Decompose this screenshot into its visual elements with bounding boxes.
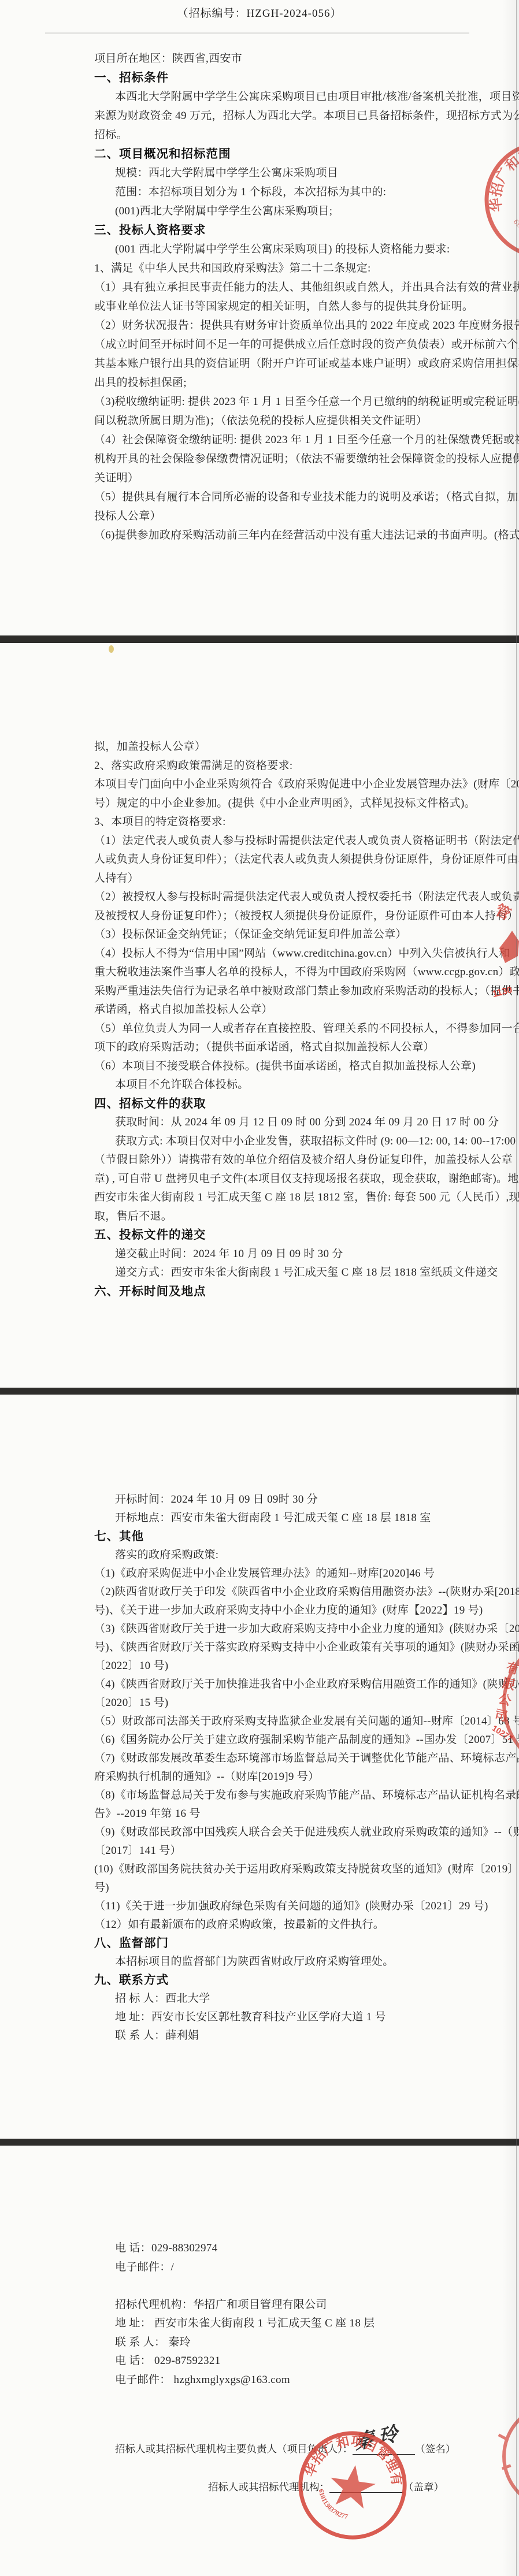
text-line: 关证明） (94, 469, 447, 488)
section-heading: 五、投标文件的递交 (94, 1226, 447, 1245)
text-line: 号) (94, 1879, 447, 1897)
sign-line2-suffix: （盖章） (403, 2481, 444, 2493)
text-line: (001)西北大学附属中学学生公寓床采购项目; (94, 202, 447, 221)
page-3-text-column: 开标时间：2024 年 10 月 09 日 09时 30 分开标地点：西安市朱雀… (94, 1395, 447, 2045)
text-line: 本招标项目的监督部门为陕西省财政厅政府采购管理处。 (94, 1953, 447, 1971)
scan-edge-shade (502, 0, 519, 2576)
text-line: （5）财政部司法部关于政府采购支持监狱企业发展有关问题的通知--财库〔2014〕… (94, 1712, 447, 1731)
text-line: （节假日除外））请携带有效的单位介绍信及被介绍人身份证复印件，加盖投标人公章（鲜 (94, 1151, 447, 1170)
text-line: （2）财务状况报告：提供具有财务审计资质单位出具的 2022 年度或 2023 … (94, 316, 447, 335)
section-heading: 九、联系方式 (94, 1971, 447, 1990)
text-line: 电 话： 029-87592321 (94, 2352, 447, 2371)
text-line: （8)《市场监督总局关于发布参与实施政府采购节能产品、环境标志产品认证机构名录的… (94, 1786, 447, 1805)
page-3: 开标时间：2024 年 10 月 09 日 09时 30 分开标地点：西安市朱雀… (0, 1395, 519, 2139)
text-line: （3）投标保证金交纳凭证；（保证金交纳凭证复印件加盖公章） (94, 925, 447, 945)
text-line: 重大税收违法案件当事人名单的投标人，不得为中国政府采购网（www.ccgp.go… (94, 963, 447, 982)
text-line: （6)《国务院办公厅关于建立政府强制采购节能产品制度的通知》--国办发〔2007… (94, 1731, 447, 1749)
text-line: 告》--2019 年第 16 号 (94, 1805, 447, 1823)
text-line: 递交方式：西安市朱雀大街南段 1 号汇成天玺 C 座 18 层 1818 室纸质… (94, 1263, 447, 1283)
text-line: （3)税收缴纳证明: 提供 2023 年 1 月 1 日至今任意一个月已缴纳的纳… (94, 392, 447, 411)
text-line: 获取时间：从 2024 年 09 月 12 日 09 时 00 分到 2024 … (94, 1113, 447, 1132)
text-line (94, 2277, 447, 2296)
text-line: 招标代理机构：华招广和项目管理有限公司 (94, 2296, 447, 2315)
text-line: （7)《财政部发展改革委生态环境部市场监督总局关于调整优化节能产品、环境标志产品… (94, 1749, 447, 1768)
text-line: (001 西北大学附属中学学生公寓床采购项目) 的投标人资格能力要求: (94, 240, 447, 259)
text-line: 获取方式: 本项目仅对中小企业发售，获取招标文件时 (9: 00—12: 00,… (94, 1132, 447, 1151)
text-line: 拟，加盖投标人公章） (94, 738, 447, 757)
text-line: 本西北大学附属中学学生公寓床采购项目已由项目审批/核准/备案机关批准，项目资金 (94, 87, 447, 106)
text-line: 人或负责人身份证复印件）；（法定代表人或负责人须提供身份证原件，身份证原件可由本 (94, 850, 447, 869)
text-line: 地 址： 西安市朱雀大街南段 1 号汇成天玺 C 座 18 层 (94, 2314, 447, 2333)
text-line: （4）投标人不得为“信用中国”网站（www.creditchina.gov.cn… (94, 945, 447, 964)
page-4: 电 话：029-88302974电子邮件：/ 招标代理机构：华招广和项目管理有限… (0, 2146, 519, 2576)
text-line: （12）如有最新颁布的政府采购政策，按最新的文件执行。 (94, 1916, 447, 1934)
text-line: 及被授权人身份证复印件）；（被授权人须提供身份证原件，身份证原件可由本人持有） (94, 907, 447, 926)
page-1: （招标编号：HZGH-2024-056） 项目所在地区：陕西省,西安市一、招标条… (0, 0, 519, 635)
text-line: （1）法定代表人或负责人参与投标时需提供法定代表人或负责人资格证明书（附法定代表 (94, 832, 447, 851)
text-line: （9)《财政部民政部中国残疾人联合会关于促进残疾人就业政府采购政策的通知》--（… (94, 1823, 447, 1842)
text-line: 范围：本招标项目划分为 1 个标段，本次招标为其中的: (94, 183, 447, 202)
page-2-text-column: 拟，加盖投标人公章）2、落实政府采购政策需满足的资格要求:本项目专门面向中小企业… (94, 643, 447, 1301)
text-line: 落实的政府采购政策: (94, 1546, 447, 1564)
section-heading: 八、监督部门 (94, 1934, 447, 1953)
seal-underline (329, 2482, 403, 2493)
sign-line1-label: 招标人或其招标代理机构主要负责人（项目负责人）： (115, 2443, 353, 2455)
scan-artifact-dot (109, 645, 114, 653)
text-line: 〔2017〕141 号） (94, 1842, 447, 1860)
text-line: 招 标 人：西北大学 (94, 1990, 447, 2008)
sign-line2-label: 招标人或其招标代理机构： (208, 2481, 329, 2493)
text-line: （2)陕西省财政厅关于印发《陕西省中小企业政府采购信用融资办法》--(陕财办采[… (94, 1583, 447, 1601)
text-line: 电子邮件：/ (94, 2258, 447, 2277)
text-line: （5）单位负责人为同一人或者存在直接控股、管理关系的不同投标人，不得参加同一合同 (94, 1020, 447, 1039)
text-line: 号)、《陕西省财政厅关于落实政府采购支持中小企业政策有关事项的通知》(陕财办采函 (94, 1638, 447, 1657)
text-line: 项下的政府采购活动；（提供书面承诺函，格式自拟加盖投标人公章） (94, 1038, 447, 1057)
page-1-text-column: 项目所在地区：陕西省,西安市一、招标条件本西北大学附属中学学生公寓床采购项目已由… (94, 0, 447, 545)
text-line: (10)《财政部国务院扶贫办关于运用政府采购政策支持脱贫攻坚的通知》(财库〔20… (94, 1860, 447, 1879)
text-line: 来源为财政资金 49 万元，招标人为西北大学。本项目已具备招标条件，现招标方式为… (94, 106, 447, 125)
text-line: 项目所在地区：陕西省,西安市 (94, 49, 447, 68)
text-line: 府采购执行机制的通知》--（财库[2019]9 号） (94, 1768, 447, 1786)
text-line: 地 址：西安市长安区郭杜教育科技产业区学府大道 1 号 (94, 2008, 447, 2027)
text-line: 机构开具的社会保险参保缴费情况证明；（依法不需要缴纳社会保障资金的投标人应提供相 (94, 449, 447, 469)
text-line: 取，售后不退。 (94, 1207, 447, 1226)
text-line: （6)提供参加政府采购活动前三年内在经营活动中没有重大违法记录的书面声明。(格式… (94, 526, 447, 545)
text-line: 人持有） (94, 869, 447, 889)
agency-seal-line: 招标人或其招标代理机构：（盖章） (208, 2480, 444, 2495)
text-line: 开标地点：西安市朱雀大街南段 1 号汇成天玺 C 座 18 层 1818 室 (94, 1509, 447, 1527)
text-line: （1）具有独立承担民事责任能力的法人、其他组织或自然人，并出具合法有效的营业执照 (94, 278, 447, 297)
text-line: 〔2022〕10 号) (94, 1657, 447, 1675)
text-line: 号)、《关于进一步加大政府采购支持中小企业力度的通知》(财库【2022】19 号… (94, 1601, 447, 1620)
text-line: 承诺函，格式自拟加盖投标人公章） (94, 1001, 447, 1020)
text-line: （3)《陕西省财政厅关于进一步加大政府采购支持中小企业力度的通知》(陕财办采〔2… (94, 1620, 447, 1638)
text-line: 或事业单位法人证书等国家规定的相关证明，自然人参与的提供其身份证明。 (94, 297, 447, 316)
text-line: 号）规定的中小企业参加。(提供《中小企业声明函》，式样见投标文件格式)。 (94, 794, 447, 813)
text-line: （4）社会保障资金缴纳证明: 提供 2023 年 1 月 1 日至今任意一个月的… (94, 430, 447, 449)
scanned-tender-document: （招标编号：HZGH-2024-056） 项目所在地区：陕西省,西安市一、招标条… (0, 0, 519, 2576)
text-line: 投标人公章） (94, 507, 447, 526)
text-line: （11)《关于进一步加强政府绿色采购有关问题的通知》(陕财办采〔2021〕29 … (94, 1897, 447, 1916)
text-line: 3、本项目的特定资格要求: (94, 813, 447, 832)
text-line: （6）本项目不接受联合体投标。(提供书面承诺函，格式自拟加盖投标人公章) (94, 1057, 447, 1076)
page-separator (0, 1388, 519, 1395)
text-line: 采购严重违法失信行为记录名单中被财政部门禁止参加政府采购活动的投标人；（提供书面 (94, 982, 447, 1001)
text-line: （4)《陕西省财政厅关于加快推进我省中小企业政府采购信用融资工作的通知》(陕财办… (94, 1675, 447, 1694)
text-line: 出具的投标担保函; (94, 373, 447, 392)
page-4-text-column: 电 话：029-88302974电子邮件：/ 招标代理机构：华招广和项目管理有限… (94, 2146, 447, 2389)
text-line: 章) , 可自带 U 盘拷贝电子文件(本项目仅支持现场报名获取，现金获取，谢绝邮… (94, 1170, 447, 1189)
section-heading: 二、项目概况和招标范围 (94, 144, 447, 163)
text-line: （成立时间至开标时间不足一年的可提供成立后任意时段的资产负债表）或开标前六个月内 (94, 335, 447, 354)
text-line: 〔2020〕15 号) (94, 1694, 447, 1712)
section-heading: 四、招标文件的获取 (94, 1095, 447, 1114)
text-line: 电子邮件： hzghxmglyxgs@163.com (94, 2371, 447, 2390)
text-line: （5）提供具有履行本合同所必需的设备和专业技术能力的说明及承诺；（格式自拟，加盖 (94, 488, 447, 507)
text-line: 1、满足《中华人民共和国政府采购法》第二十二条规定: (94, 259, 447, 278)
text-line: 联 系 人：薛利娟 (94, 2027, 447, 2045)
section-heading: 七、其他 (94, 1527, 447, 1546)
text-line: 本项目专门面向中小企业采购须符合《政府采购促进中小企业发展管理办法》(财库〔20… (94, 775, 447, 794)
text-line: （2）被授权人参与投标时需提供法定代表人或负责人授权委托书（附法定代表人或负责人 (94, 888, 447, 907)
text-line: 招标。 (94, 125, 447, 144)
text-line: 本项目不允许联合体投标。 (94, 1076, 447, 1095)
section-heading: 一、招标条件 (94, 68, 447, 87)
text-line: 其基本账户银行出具的资信证明（附开户许可证或基本账户证明）或政府采购信用担保机构 (94, 354, 447, 373)
text-line: 规模：西北大学附属中学学生公寓床采购项目 (94, 163, 447, 183)
sign-line1-suffix: （签名） (415, 2443, 455, 2455)
text-line: 联 系 人： 秦玲 (94, 2333, 447, 2352)
text-line: 电 话：029-88302974 (94, 2239, 447, 2258)
section-heading: 三、投标人资格要求 (94, 221, 447, 240)
page-separator (0, 2139, 519, 2146)
text-line: 间以税款所属日期为准)；（依法免税的投标人应提供相关文件证明） (94, 411, 447, 430)
responsible-person-sign-line: 招标人或其招标代理机构主要负责人（项目负责人）：（签名） (115, 2441, 455, 2456)
text-line: 2、落实政府采购政策需满足的资格要求: (94, 757, 447, 776)
text-line: 西安市朱雀大街南段 1 号汇成天玺 C 座 18 层 1812 室，售价: 每套… (94, 1188, 447, 1207)
page-2: 拟，加盖投标人公章）2、落实政府采购政策需满足的资格要求:本项目专门面向中小企业… (0, 643, 519, 1388)
text-line: （1)《政府采购促进中小企业发展管理办法》的通知--财库[2020]46 号 (94, 1564, 447, 1583)
section-heading: 六、开标时间及地点 (94, 1283, 447, 1302)
text-line: 开标时间：2024 年 10 月 09 日 09时 30 分 (94, 1490, 447, 1509)
page-separator (0, 635, 519, 643)
text-line: 递交截止时间：2024 年 10 月 09 日 09 时 30 分 (94, 1245, 447, 1264)
